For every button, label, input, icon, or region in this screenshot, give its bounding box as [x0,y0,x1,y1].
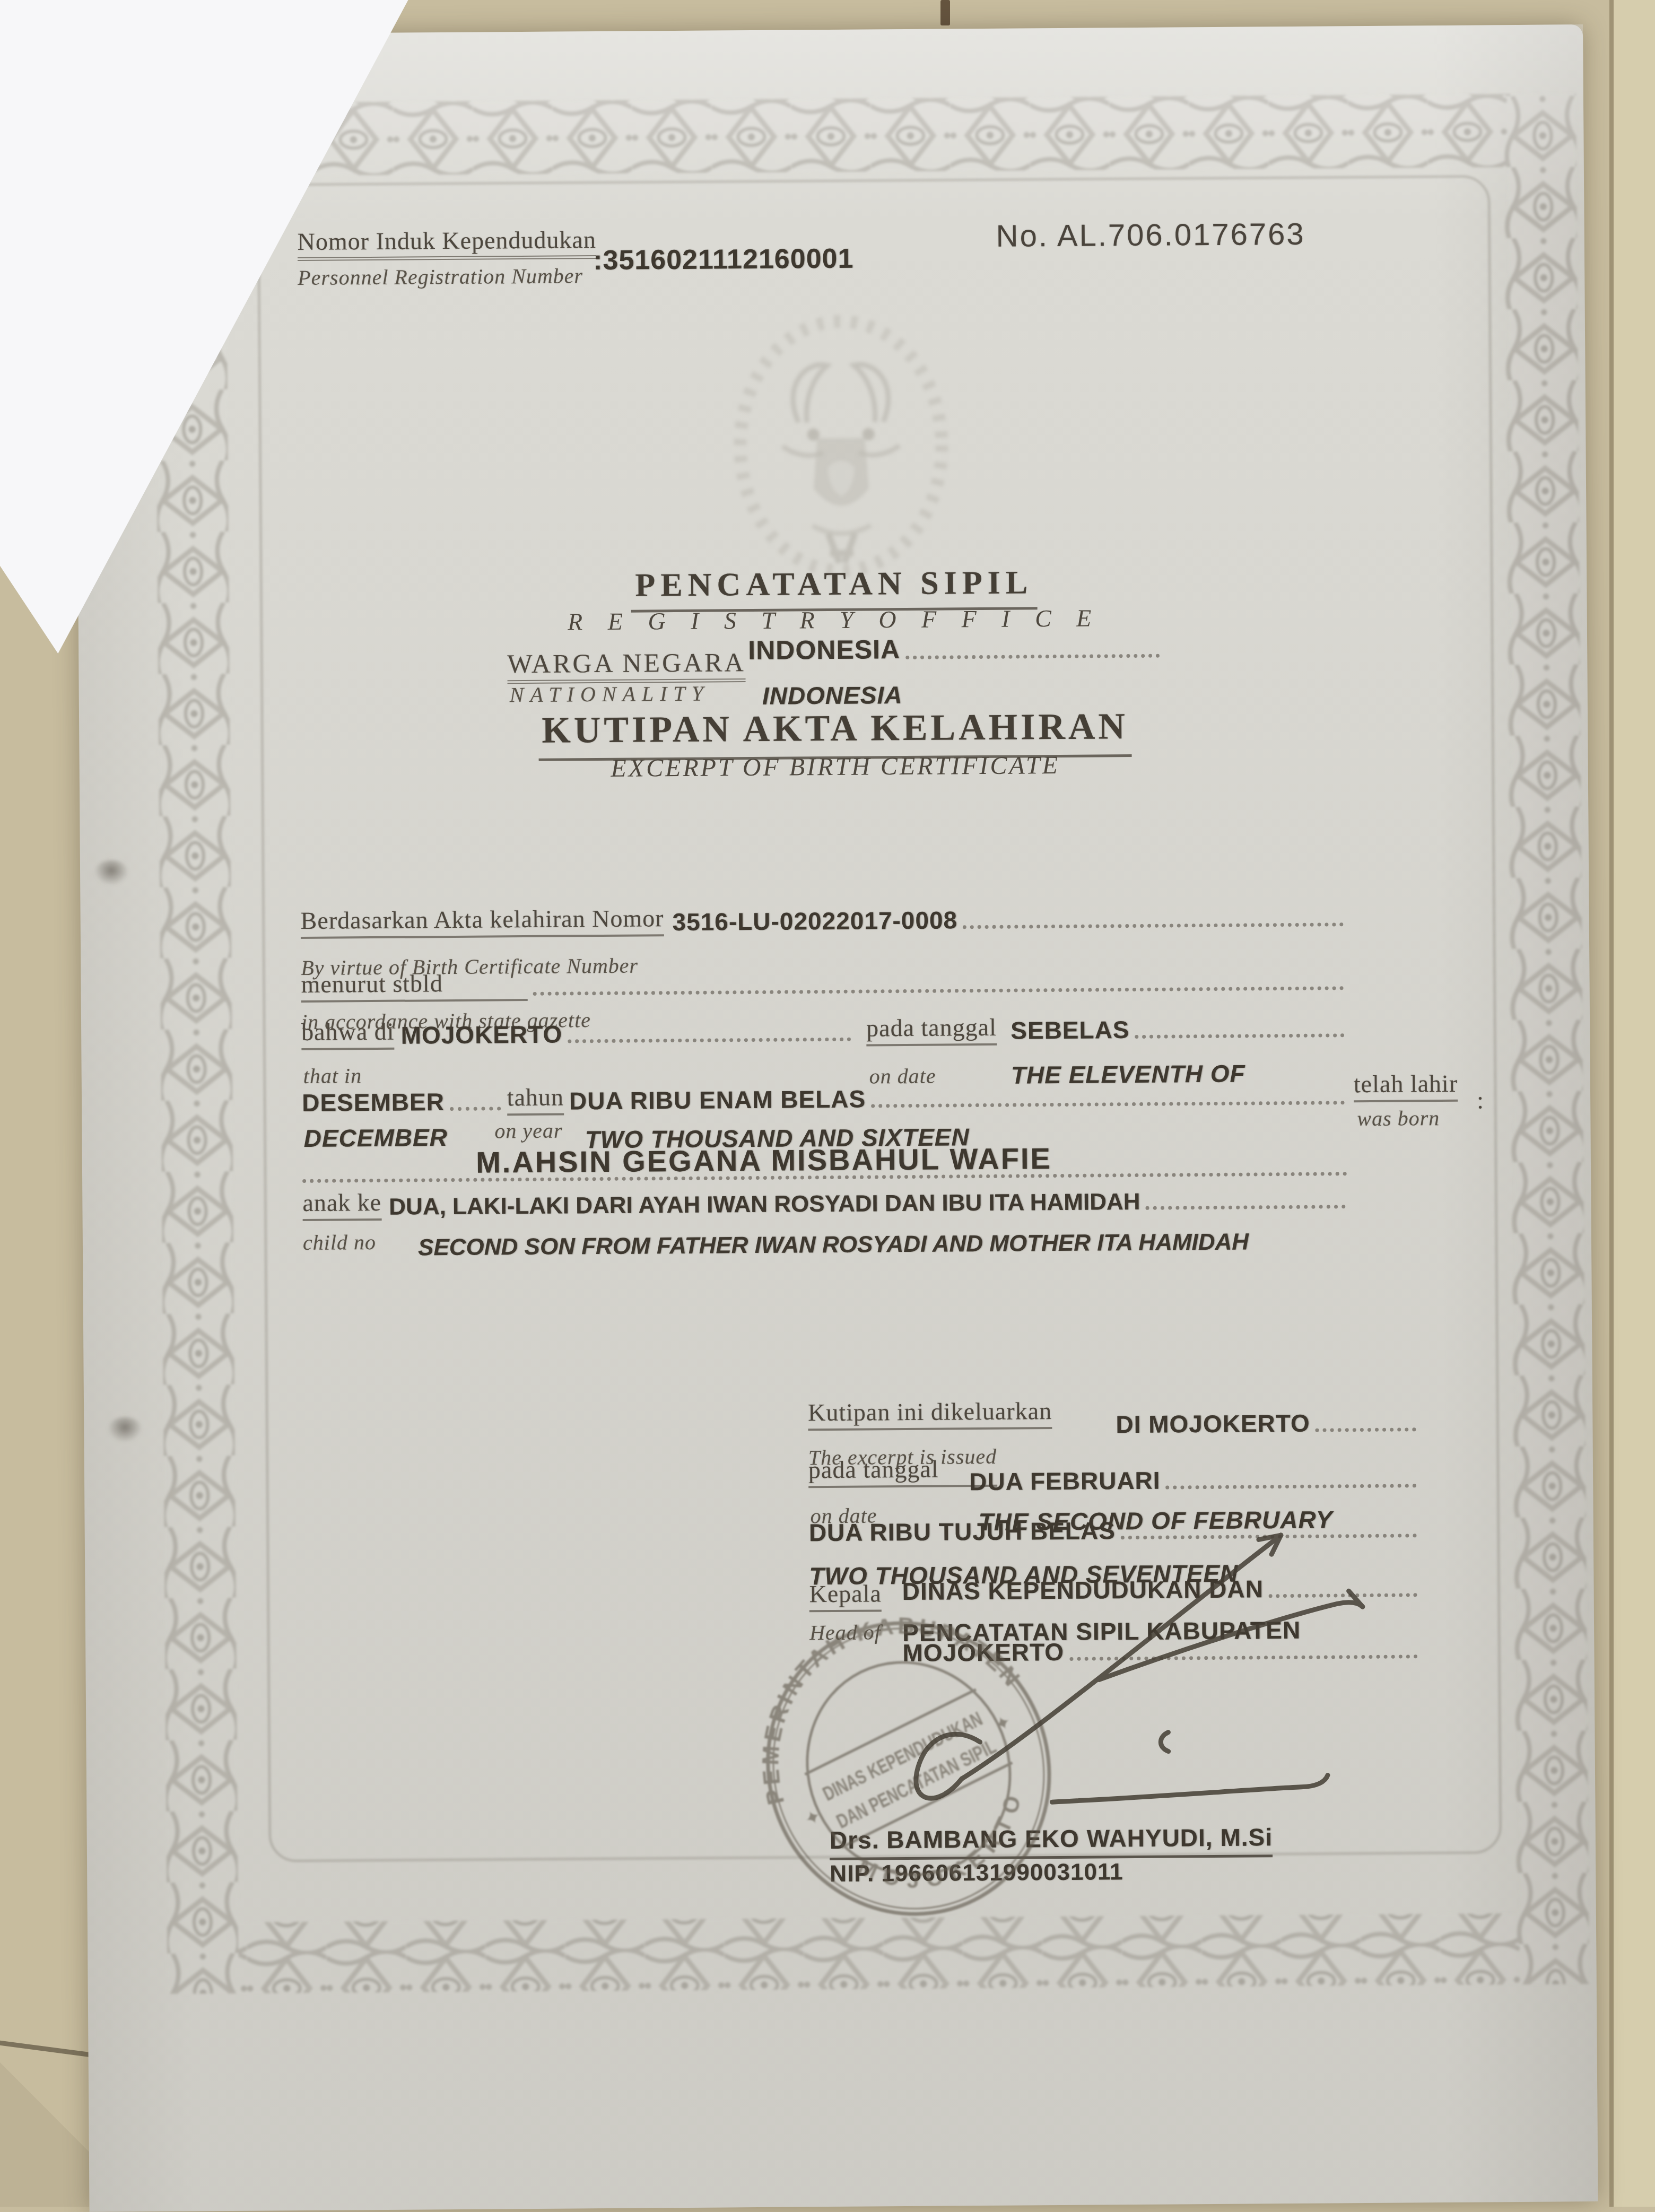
nationality-value-row: INDONESIA [748,632,1162,666]
dotted-leader [1269,1587,1417,1598]
gazette-row: menurut stbld [301,963,1346,1003]
nationality-value-en: INDONESIA [762,681,903,710]
punch-hole-smudge [94,860,129,885]
stamp-star-left: ✦ [801,1804,825,1831]
background-tile-right [1614,0,1655,2207]
head-label-en: Head of [809,1619,881,1645]
birth-month-year-row: DESEMBER tahun DUA RIBU ENAM BELAS [302,1077,1347,1117]
issued-date-value: DUA FEBRUARI [969,1466,1161,1496]
issued-date-row: DUA FEBRUARI [969,1464,1418,1496]
office-line1: DINAS KEPENDUDUKAN DAN [902,1574,1264,1606]
birth-certificate-paper: Nomor Induk Kependudukan Personnel Regis… [74,24,1598,2207]
signer-nip: NIP. 196606131990031011 [830,1859,1123,1887]
nik-label-id: Nomor Induk Kependudukan [298,225,597,261]
date-value: SEBELAS [1011,1015,1130,1045]
nationality-value: INDONESIA [748,634,900,666]
punch-hole-smudge [107,1417,142,1442]
garuda-watermark-icon [718,312,964,579]
issued-label-id: Kutipan ini dikeluarkan [808,1397,1052,1431]
child-label-id: anak ke [302,1188,381,1221]
nik-label-en: Personnel Registration Number [298,263,596,290]
signer-name: Drs. BAMBANG EKO WAHYUDI, M.Si [830,1823,1273,1860]
office-line3: MOJOKERTO [902,1638,1064,1667]
office-line1-row: DINAS KEPENDUDUKAN DAN [902,1573,1419,1606]
dotted-leader [568,1031,851,1043]
background-tile-corner [0,2062,89,2207]
born-label-en: was born [1357,1105,1440,1131]
dotted-leader [1069,1648,1417,1661]
dotted-leader [871,1094,1345,1108]
stamp-center-line2: DAN PENCATATAN SIPIL [833,1735,999,1832]
cert-value: 3516-LU-02022017-0008 [672,905,957,936]
issued-year-value: DUA RIBU TUJUH BELAS [809,1516,1116,1547]
birthdate-row: SEBELAS [1011,1014,1346,1044]
gazette-label-id: menurut stbld [301,969,528,1003]
dotted-leader [1145,1198,1345,1210]
document-number: No. AL.706.0176763 [996,216,1305,254]
issued-year-row: DUA RIBU TUJUH BELAS [809,1514,1419,1547]
child-value-en: SECOND SON FROM FATHER IWAN ROSYADI AND … [418,1229,1249,1261]
dotted-leader [1135,1027,1344,1039]
head-label-id: Kepala [809,1579,882,1612]
office-line3-row: MOJOKERTO [902,1635,1419,1667]
place-value: MOJOKERTO [400,1020,562,1050]
child-row: anak ke DUA, LAKI-LAKI DARI AYAH IWAN RO… [302,1181,1347,1221]
issued-place: DI MOJOKERTO [1116,1409,1310,1439]
issued-place-row: DI MOJOKERTO [1116,1408,1418,1439]
stamp-center-line1: DINAS KEPENDUDUKAN [820,1708,986,1805]
stamp-star-right: ✦ [991,1710,1015,1737]
nik-block: Nomor Induk Kependudukan Personnel Regis… [298,225,597,290]
month-value: DESEMBER [302,1087,445,1117]
child-label-en: child no [303,1230,376,1255]
year-label-id: tahun [507,1083,564,1116]
year-label-en: on year [494,1118,562,1144]
date-label-id: pada tanggal [866,1013,997,1047]
cert-label-id: Berdasarkan Akta kelahiran Nomor [301,904,664,939]
birthplace-row: bahwa di MOJOKERTO [301,1014,853,1050]
dotted-leader [905,648,1160,659]
background-object-streak [940,0,950,25]
nationality-label-en: NATIONALITY [510,681,710,708]
born-colon: : [1477,1086,1484,1114]
tile-grout-line-vertical [1609,0,1614,2207]
dotted-leader [1121,1527,1417,1539]
dotted-leader [533,980,1344,996]
nik-value: :3516021112160001 [593,243,854,276]
born-label-id: telah lahir [1354,1069,1458,1102]
dotted-leader [1316,1421,1416,1432]
dotted-leader [963,916,1344,929]
year-value: DUA RIBU ENAM BELAS [569,1085,866,1116]
certificate-number-row: Berdasarkan Akta kelahiran Nomor 3516-LU… [301,899,1346,939]
child-value: DUA, LAKI-LAKI DARI AYAH IWAN ROSYADI DA… [389,1189,1140,1221]
place-label-id: bahwa di [301,1017,395,1050]
dotted-leader [450,1100,501,1111]
dotted-leader [1165,1477,1416,1489]
nationality-label-id: WARGA NEGARA [507,647,746,679]
